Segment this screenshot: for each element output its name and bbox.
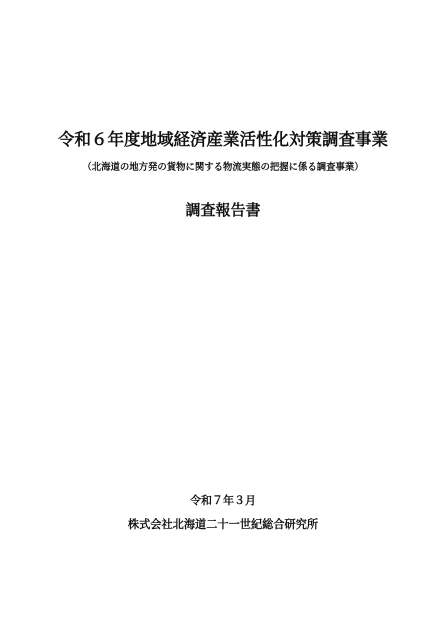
author-organization: 株式会社北海道二十一世紀総合研究所 <box>0 519 446 530</box>
report-title: 令和６年度地域経済産業活性化対策調査事業 <box>0 132 446 149</box>
report-cover-page: 令和６年度地域経済産業活性化対策調査事業 （北海道の地方発の貨物に関する物流実態… <box>0 0 446 630</box>
publication-date: 令和７年３月 <box>0 495 446 506</box>
document-type-label: 調査報告書 <box>0 203 446 218</box>
report-subtitle: （北海道の地方発の貨物に関する物流実態の把握に係る調査事業） <box>0 163 446 172</box>
